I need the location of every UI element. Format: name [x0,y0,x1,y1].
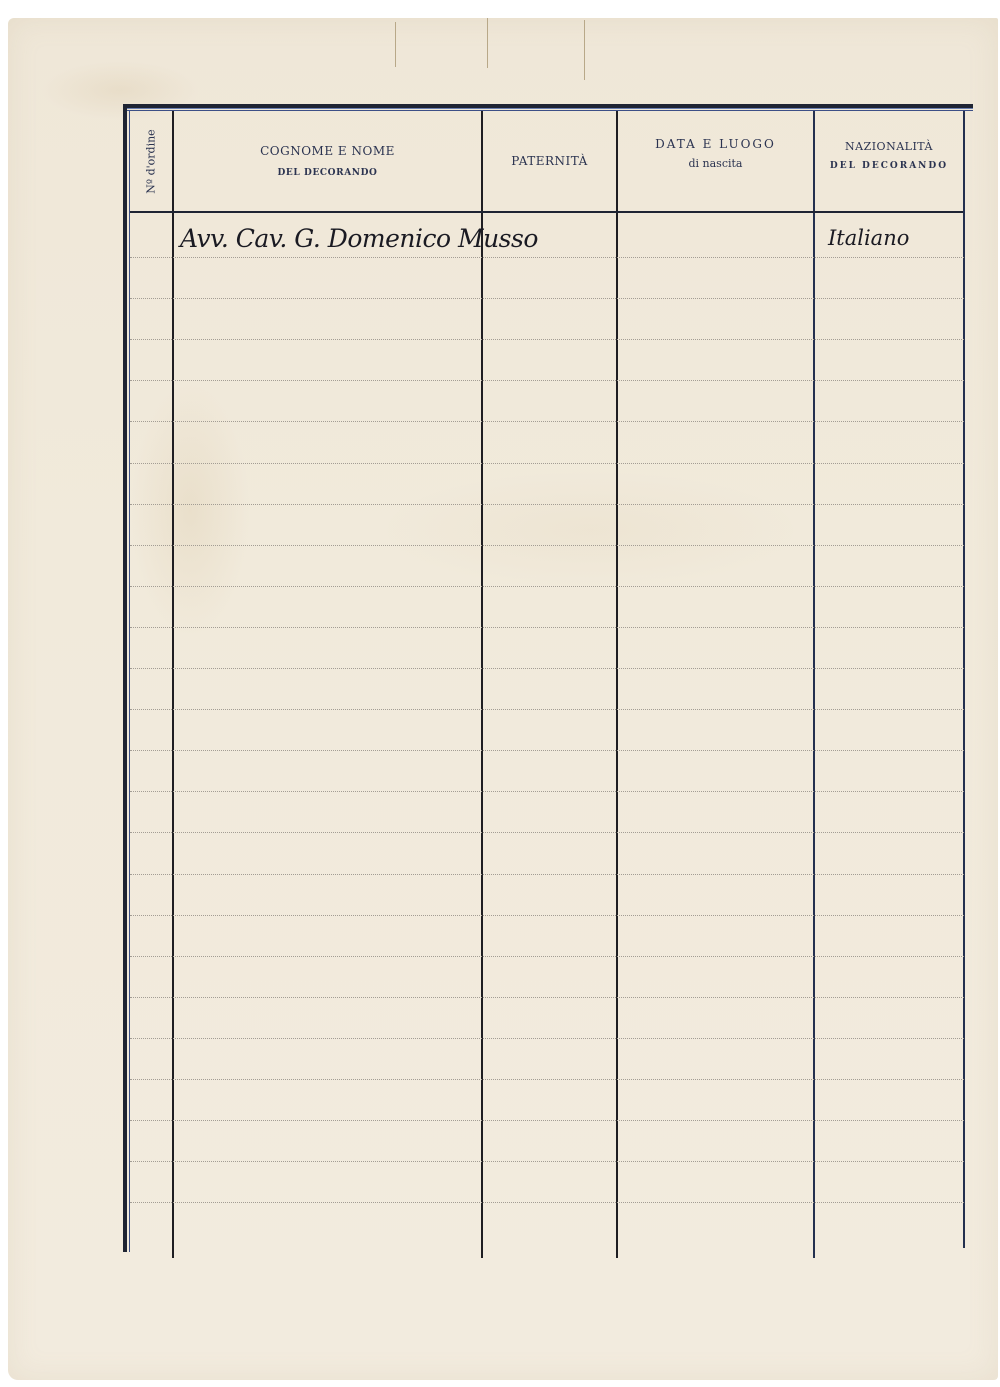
ruled-line [130,874,964,875]
ruled-line [130,586,964,587]
ruled-line [130,1202,964,1203]
ruled-line [130,339,964,340]
column-divider [616,111,618,1258]
paper-tear [487,18,488,68]
ruled-line [130,1120,964,1121]
ruled-line [130,298,964,299]
ruled-line [130,750,964,751]
column-divider [813,111,815,1258]
paper-tear [584,20,585,80]
header-nazionalita-label: NAZIONALITÀ [845,140,933,153]
column-divider [481,111,483,1258]
header-numero: Nº d'ordine [131,111,171,211]
entry-nazionalita: Italiano [828,226,909,250]
ruled-line [130,791,964,792]
header-nome-sublabel: DEL DECORANDO [278,168,378,178]
header-data-luogo-sublabel: di nascita [688,157,742,170]
ruled-line [130,421,964,422]
ruled-line [130,627,964,628]
ruled-line [130,709,964,710]
ruled-line [130,997,964,998]
table-right-border [963,111,965,1248]
header-nome: COGNOME E NOME DEL DECORANDO [174,111,481,211]
header-data-luogo-label: DATA E LUOGO [655,137,776,151]
ruled-line [130,1079,964,1080]
header-bottom-rule [130,211,963,213]
entry-nome: Avv. Cav. G. Domenico Musso [180,224,538,253]
ruled-line [130,668,964,669]
ruled-line [130,545,964,546]
header-numero-label: Nº d'ordine [145,129,158,193]
ruled-line [130,1038,964,1039]
header-paternita-label: PATERNITÀ [511,154,588,168]
paper-tear [395,22,396,67]
header-paternita: PATERNITÀ [483,111,616,211]
ruled-line [130,463,964,464]
ruled-line [130,257,964,258]
table-left-border-inner [129,110,130,1252]
header-data-luogo: DATA E LUOGO di nascita [618,103,813,203]
header-nazionalita-sublabel: DEL DECORANDO [830,161,948,171]
ruled-line [130,915,964,916]
ruled-line [130,1161,964,1162]
ruled-line [130,956,964,957]
column-divider [172,111,174,1258]
paper-sheet [8,18,998,1380]
ruled-line [130,380,964,381]
table-left-border [123,104,127,1252]
header-nazionalita: NAZIONALITÀ DEL DECORANDO [815,105,963,205]
header-nome-label: COGNOME E NOME [260,144,395,158]
ruled-line [130,504,964,505]
ruled-line [130,832,964,833]
